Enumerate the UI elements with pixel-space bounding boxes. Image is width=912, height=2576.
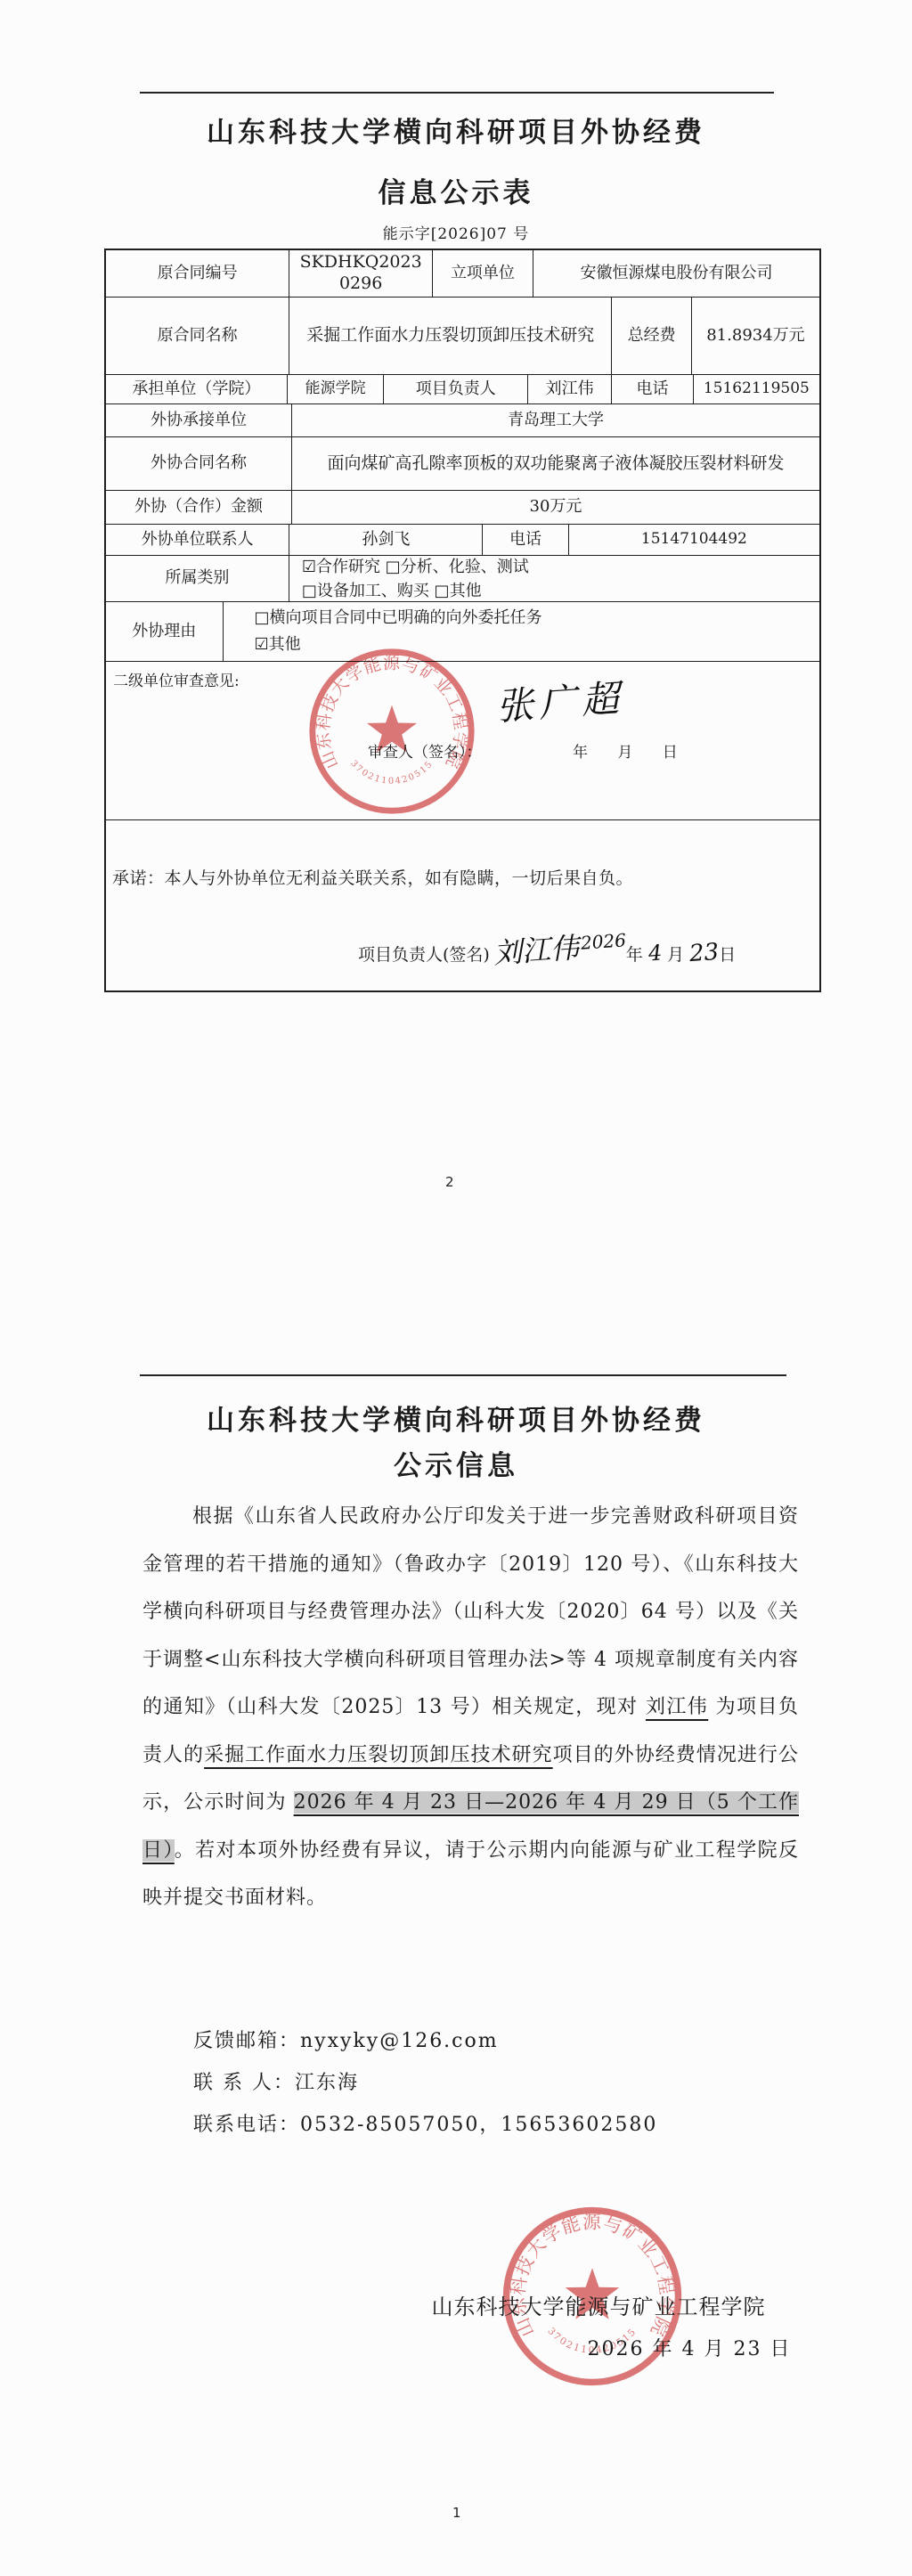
official-seal-page1: 山东科技大学能源与矿业工程学院 3702110420515 [305,644,479,819]
para-project-name-underlined: 采掘工作面水力压裂切顶卸压技术研究 [204,1744,553,1766]
leader-signature-handwriting: 刘江伟 [493,930,581,972]
table-row: 所属类别 ☑合作研究 □分析、化验、测试 □设备加工、购买 □其他 [106,555,819,601]
table-row: 原合同编号 SKDHKQ20230296 立项单位 安徽恒源煤电股份有限公司 [106,250,819,297]
table-row: 承诺：本人与外协单位无利益关联关系，如有隐瞒，一切后果自负。 项目负责人(签名)… [106,819,819,990]
project-unit-value: 安徽恒源煤电股份有限公司 [533,250,819,297]
page2-title-line1: 山东科技大学横向科研项目外协经费 [0,1406,912,1436]
page2-header-rule [140,1374,786,1376]
contact-phone-value: 15147104492 [568,525,819,555]
outsourcing-contact-value: 孙剑飞 [289,525,482,555]
seal-code-text: 3702110420515 [348,759,436,787]
page1-page-number: 2 [445,1174,454,1190]
reviewer-signature-handwriting: 张广超 [494,675,625,730]
page1-title-line2: 信息公示表 [0,178,912,208]
signer-line: 项目负责人(签名)刘江伟2026年 4 月 23日 [358,933,736,968]
publicity-form-table: 原合同编号 SKDHKQ20230296 立项单位 安徽恒源煤电股份有限公司 原… [104,249,821,992]
promise-text: 承诺：本人与外协单位无利益关联关系，如有隐瞒，一切后果自负。 [112,868,633,890]
table-row: 外协合同名称 面向煤矿高孔隙率顶板的双功能聚离子液体凝胶压裂材料研发 [106,436,819,490]
outsourcing-contract-name-value: 面向煤矿高孔隙率顶板的双功能聚离子液体凝胶压裂材料研发 [291,437,819,490]
category-checkbox-line2: □设备加工、购买 □其他 [302,579,482,602]
page1-doc-number: 能示字[2026]07 号 [0,221,912,243]
footer-date: 2026 年 4 月 23 日 [582,2334,796,2361]
page2-title-line2: 公示信息 [0,1451,912,1481]
outsourcing-contact-label: 外协单位联系人 [106,525,289,555]
category-options: ☑合作研究 □分析、化验、测试 □设备加工、购买 □其他 [289,556,819,601]
announcement-paragraph: 根据《山东省人民政府办公厅印发关于进一步完善财政科研项目资金管理的若干措施的通知… [142,1493,799,1922]
reason-checkbox-line2: ☑其他 [255,632,301,658]
reason-checkbox-line1: □横向项目合同中已明确的向外委托任务 [255,605,542,632]
total-fund-value: 81.8934万元 [691,298,819,374]
contact-phone-label: 电话 [482,525,567,555]
para-seg1: 根据《山东省人民政府办公厅印发关于进一步完善财政科研项目资金管理的若干措施的通知… [142,1505,799,1718]
month-unit: 月 [667,945,684,965]
contact-block: 反馈邮箱：nyxyky@126.com 联 系 人：江东海 联系电话：0532-… [193,2020,657,2146]
promise-cell: 承诺：本人与外协单位无利益关联关系，如有隐瞒，一切后果自负。 项目负责人(签名)… [106,820,819,990]
seal-star-icon [367,705,417,753]
project-leader-label: 项目负责人 [383,375,527,404]
review-opinion-label: 二级单位审查意见: [113,673,240,691]
contact-person-line: 联 系 人：江东海 [193,2062,657,2104]
outsourcing-amount-label: 外协（合作）金额 [106,491,291,524]
contract-no-text: SKDHKQ20230296 [297,252,424,295]
orig-contract-name-label: 原合同名称 [106,298,289,374]
page1-header-rule [140,92,774,94]
reason-label: 外协理由 [106,602,223,661]
orig-contract-no-label: 原合同编号 [106,250,289,297]
category-checkbox-line1: ☑合作研究 □分析、化验、测试 [302,556,529,579]
page2-page-number: 1 [452,2505,461,2521]
day-unit: 日 [719,945,736,965]
undertaking-unit-value: 能源学院 [287,375,384,404]
table-row: 承担单位（学院） 能源学院 项目负责人 刘江伟 电话 15162119505 [106,374,819,404]
outsourcing-unit-value: 青岛理工大学 [291,404,819,436]
signer-label: 项目负责人(签名) [358,945,490,965]
outsourcing-amount-value: 30万元 [291,491,819,524]
outsourcing-contract-name-label: 外协合同名称 [106,437,291,490]
outsourcing-unit-label: 外协承接单位 [106,404,291,436]
category-label: 所属类别 [106,556,289,601]
page1-title-line1: 山东科技大学横向科研项目外协经费 [0,118,912,148]
hand-month: 4 [647,940,663,967]
project-leader-value: 刘江伟 [527,375,611,404]
hand-day: 23 [688,938,720,969]
table-row: 外协承接单位 青岛理工大学 [106,404,819,436]
hand-year: 2026 [580,929,627,954]
para-seg7: 。若对本项外协经费有异议，请于公示期内向能源与矿业工程学院反映并提交书面材料。 [142,1839,799,1910]
table-row: 外协（合作）金额 30万元 [106,490,819,524]
table-row: 外协单位联系人 孙剑飞 电话 15147104492 [106,524,819,555]
undertaking-unit-label: 承担单位（学院） [106,375,287,404]
contact-phone-line: 联系电话：0532-85057050，15653602580 [193,2104,657,2146]
scanned-document-page: { "colors": { "stamp_red": "#d95f5f", "h… [0,0,912,2576]
project-unit-label: 立项单位 [432,250,533,297]
phone-value: 15162119505 [693,375,819,404]
para-leader-name-underlined: 刘江伟 [646,1696,708,1718]
total-fund-label: 总经费 [611,298,691,374]
footer-organization: 山东科技大学能源与矿业工程学院 [403,2289,794,2320]
orig-contract-name-value: 采掘工作面水力压裂切顶卸压技术研究 [289,298,611,374]
orig-contract-no-value: SKDHKQ20230296 [289,250,432,297]
phone-label: 电话 [611,375,692,404]
year-unit: 年 [626,945,643,965]
feedback-email-line: 反馈邮箱：nyxyky@126.com [193,2020,657,2062]
svg-text:3702110420515: 3702110420515 [348,759,436,787]
review-date-blank: 年 月 日 [573,744,678,762]
table-row: 原合同名称 采掘工作面水力压裂切顶卸压技术研究 总经费 81.8934万元 [106,297,819,374]
